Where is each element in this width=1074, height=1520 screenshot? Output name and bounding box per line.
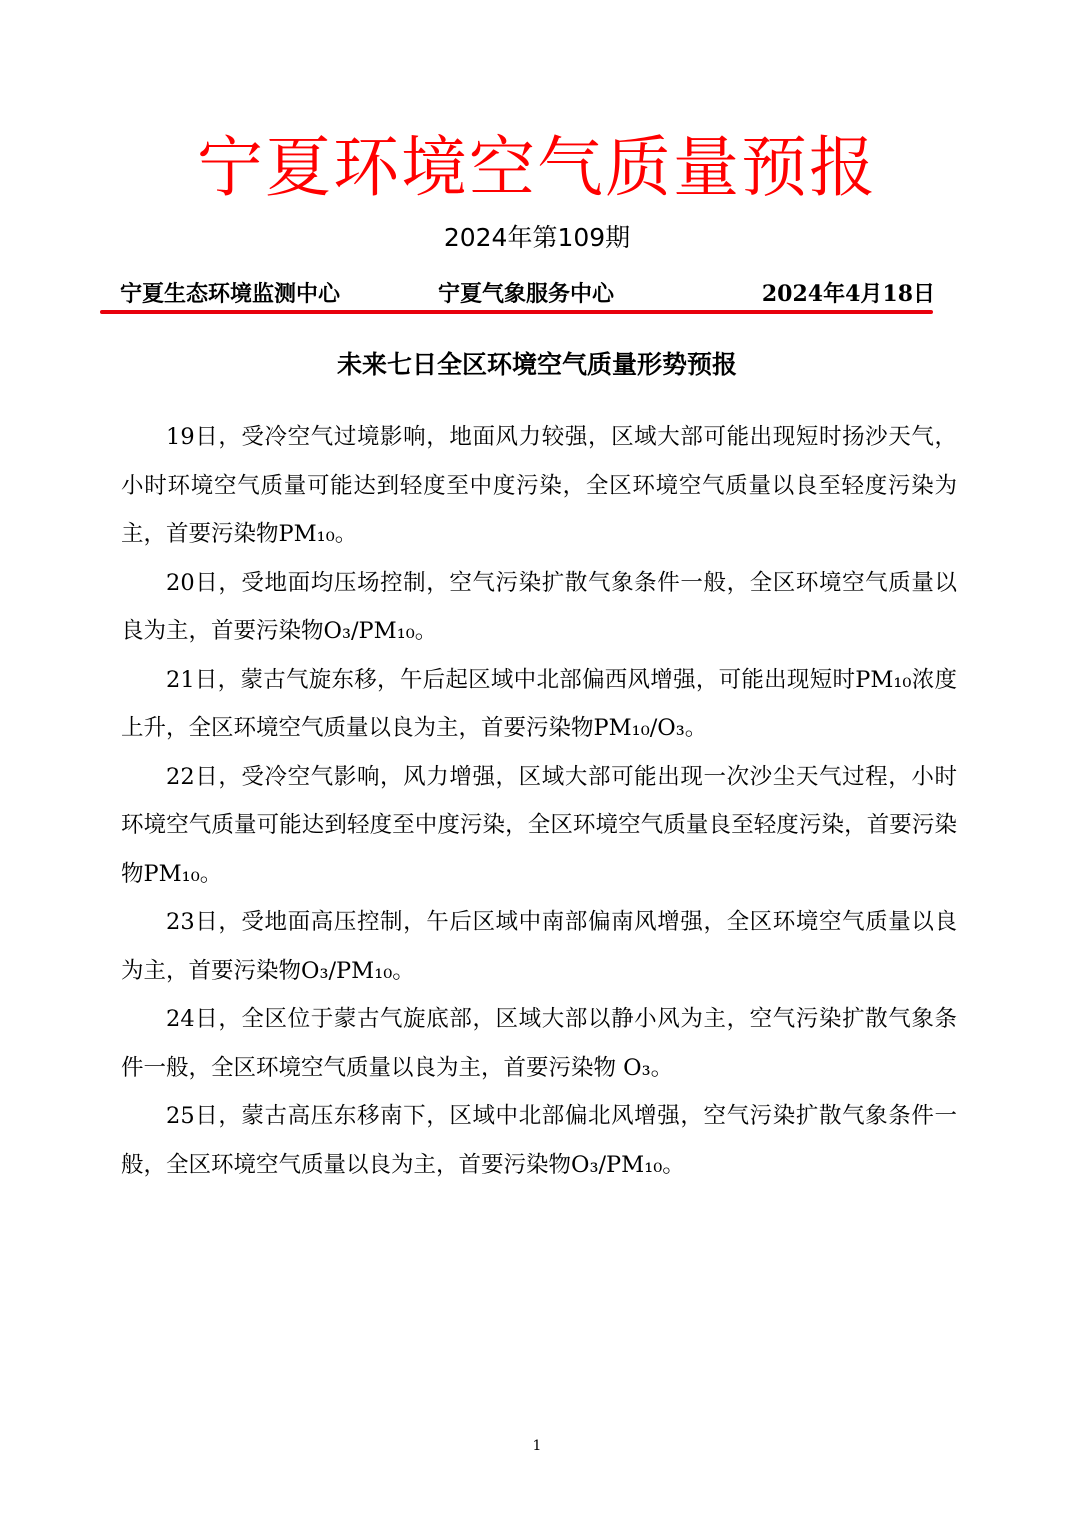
red-divider [100, 310, 933, 314]
issue-number: 2024年第109期 [0, 218, 1074, 258]
issuer-ecology-center: 宁夏生态环境监测中心 [120, 278, 340, 310]
forecast-day-22: 22日，受冷空气影响，风力增强，区域大部可能出现一次沙尘天气过程，小时环境空气质… [121, 753, 957, 899]
masthead-title: 宁夏环境空气质量预报 [0, 128, 1074, 208]
forecast-day-23: 23日，受地面高压控制，午后区域中南部偏南风增强，全区环境空气质量以良为主，首要… [121, 898, 957, 995]
forecast-day-21: 21日，蒙古气旋东移，午后起区域中北部偏西风增强，可能出现短时PM₁₀浓度上升，… [121, 656, 957, 753]
forecast-day-20: 20日，受地面均压场控制，空气污染扩散气象条件一般，全区环境空气质量以良为主，首… [121, 559, 957, 656]
issuer-weather-center: 宁夏气象服务中心 [438, 278, 614, 310]
issuer-line: 宁夏生态环境监测中心 宁夏气象服务中心 2024年4月18日 [120, 278, 935, 310]
forecast-day-19: 19日，受冷空气过境影响，地面风力较强，区域大部可能出现短时扬沙天气，小时环境空… [121, 413, 957, 559]
page-number: 1 [0, 1436, 1074, 1456]
forecast-day-24: 24日，全区位于蒙古气旋底部，区域大部以静小风为主，空气污染扩散气象条件一般，全… [121, 995, 957, 1092]
forecast-body: 19日，受冷空气过境影响，地面风力较强，区域大部可能出现短时扬沙天气，小时环境空… [121, 413, 957, 1189]
forecast-day-25: 25日，蒙古高压东移南下，区域中北部偏北风增强，空气污染扩散气象条件一般，全区环… [121, 1092, 957, 1189]
issue-date: 2024年4月18日 [762, 278, 935, 310]
section-title: 未来七日全区环境空气质量形势预报 [0, 345, 1074, 385]
